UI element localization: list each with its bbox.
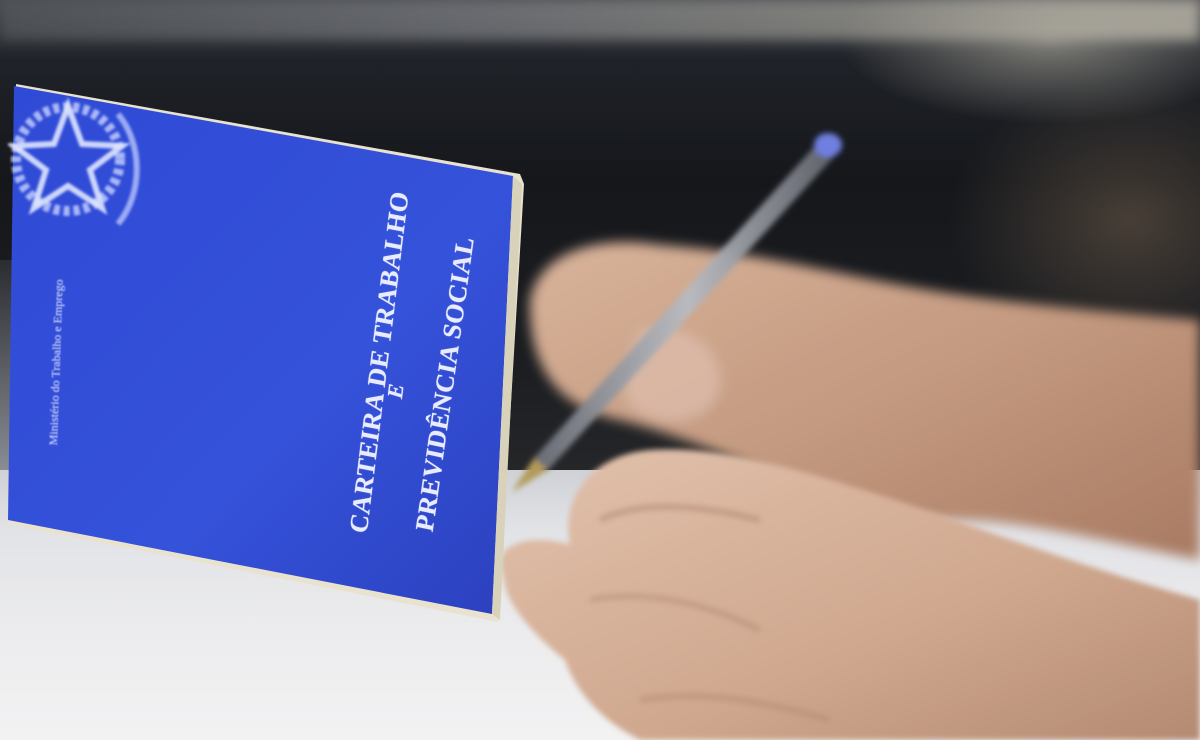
photo-scene: Ministério do Trabalho e Emprego CARTEIR… [0, 0, 1200, 740]
cover-title-conjunction: E [382, 382, 410, 400]
brazil-coat-of-arms-icon [8, 84, 148, 244]
